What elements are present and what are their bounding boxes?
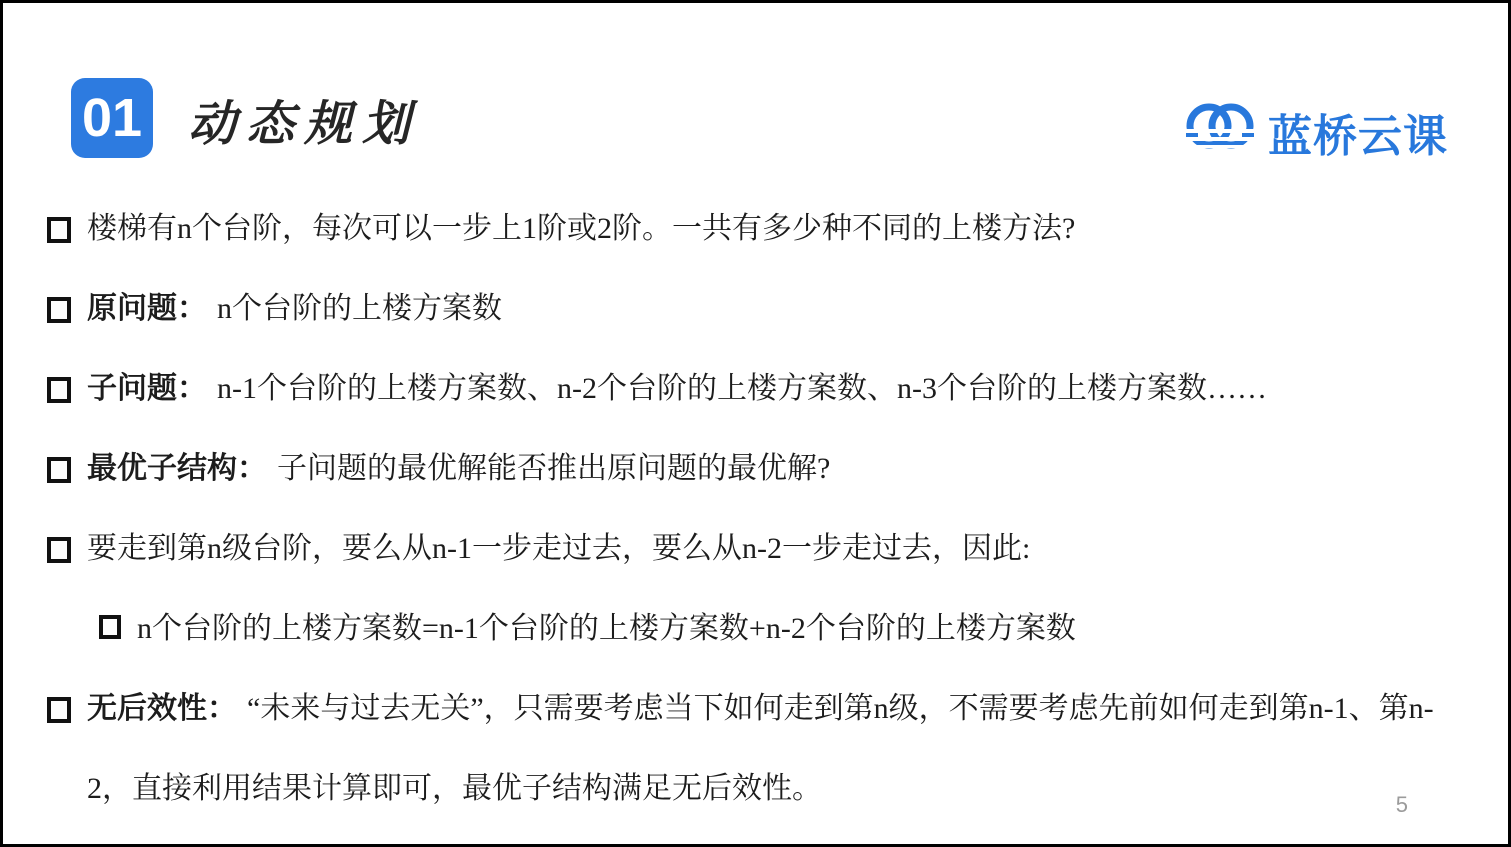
square-bullet-icon — [47, 537, 71, 563]
bullet-body: 无后效性：“未来与过去无关”，只需要考虑当下如何走到第n级，不需要考虑先前如何走… — [87, 669, 1460, 829]
section-number-badge: 01 — [71, 78, 153, 158]
section-number: 01 — [82, 87, 142, 149]
page-number: 5 — [1396, 792, 1408, 818]
bullet-text: n个台阶的上楼方案数 — [217, 292, 502, 325]
square-bullet-icon — [47, 377, 71, 403]
brand-logo-text: 蓝桥云课 — [1268, 100, 1448, 164]
bullet-text: “未来与过去无关”，只需要考虑当下如何走到第n级，不需要考虑先前如何走到第n-1… — [87, 692, 1434, 805]
square-bullet-icon — [47, 217, 71, 243]
bullet-item: 无后效性：“未来与过去无关”，只需要考虑当下如何走到第n级，不需要考虑先前如何走… — [47, 669, 1460, 829]
bullet-item-sub: n个台阶的上楼方案数=n-1个台阶的上楼方案数+n-2个台阶的上楼方案数 — [99, 589, 1460, 669]
slide-title: 动态规划 — [188, 85, 420, 154]
bullet-item: 楼梯有n个台阶，每次可以一步上1阶或2阶。一共有多少种不同的上楼方法? — [47, 189, 1460, 269]
bullet-text: 子问题的最优解能否推出原问题的最优解? — [277, 452, 830, 485]
bullet-body: n个台阶的上楼方案数=n-1个台阶的上楼方案数+n-2个台阶的上楼方案数 — [137, 589, 1076, 669]
slide-content: 楼梯有n个台阶，每次可以一步上1阶或2阶。一共有多少种不同的上楼方法? 原问题：… — [47, 189, 1460, 829]
bullet-body: 最优子结构：子问题的最优解能否推出原问题的最优解? — [87, 429, 830, 509]
bullet-item: 子问题：n-1个台阶的上楼方案数、n-2个台阶的上楼方案数、n-3个台阶的上楼方… — [47, 349, 1460, 429]
bullet-text: n个台阶的上楼方案数=n-1个台阶的上楼方案数+n-2个台阶的上楼方案数 — [137, 612, 1076, 645]
slide: 01 动态规划 蓝桥云课 楼梯有n个台阶，每次可以一步上1阶或2阶。一共有多少种… — [0, 0, 1511, 847]
bullet-label: 最优子结构： — [87, 452, 267, 485]
bullet-label: 原问题： — [87, 292, 207, 325]
bullet-text: 楼梯有n个台阶，每次可以一步上1阶或2阶。一共有多少种不同的上楼方法? — [87, 212, 1075, 245]
bullet-item: 要走到第n级台阶，要么从n-1一步走过去，要么从n-2一步走过去，因此: — [47, 509, 1460, 589]
bullet-label: 无后效性： — [87, 692, 237, 725]
bullet-body: 要走到第n级台阶，要么从n-1一步走过去，要么从n-2一步走过去，因此: — [87, 509, 1030, 589]
square-bullet-icon — [47, 457, 71, 483]
bullet-text: 要走到第n级台阶，要么从n-1一步走过去，要么从n-2一步走过去，因此: — [87, 532, 1030, 565]
bullet-text: n-1个台阶的上楼方案数、n-2个台阶的上楼方案数、n-3个台阶的上楼方案数…… — [217, 372, 1267, 405]
bullet-body: 原问题：n个台阶的上楼方案数 — [87, 269, 502, 349]
bullet-label: 子问题： — [87, 372, 207, 405]
square-bullet-icon — [99, 615, 121, 639]
bullet-body: 子问题：n-1个台阶的上楼方案数、n-2个台阶的上楼方案数、n-3个台阶的上楼方… — [87, 349, 1267, 429]
square-bullet-icon — [47, 297, 71, 323]
bullet-item: 最优子结构：子问题的最优解能否推出原问题的最优解? — [47, 429, 1460, 509]
square-bullet-icon — [47, 697, 71, 723]
bullet-body: 楼梯有n个台阶，每次可以一步上1阶或2阶。一共有多少种不同的上楼方法? — [87, 189, 1075, 269]
brand-logo: 蓝桥云课 — [1184, 97, 1448, 166]
lanqiao-rings-icon — [1184, 97, 1264, 166]
bullet-item: 原问题：n个台阶的上楼方案数 — [47, 269, 1460, 349]
